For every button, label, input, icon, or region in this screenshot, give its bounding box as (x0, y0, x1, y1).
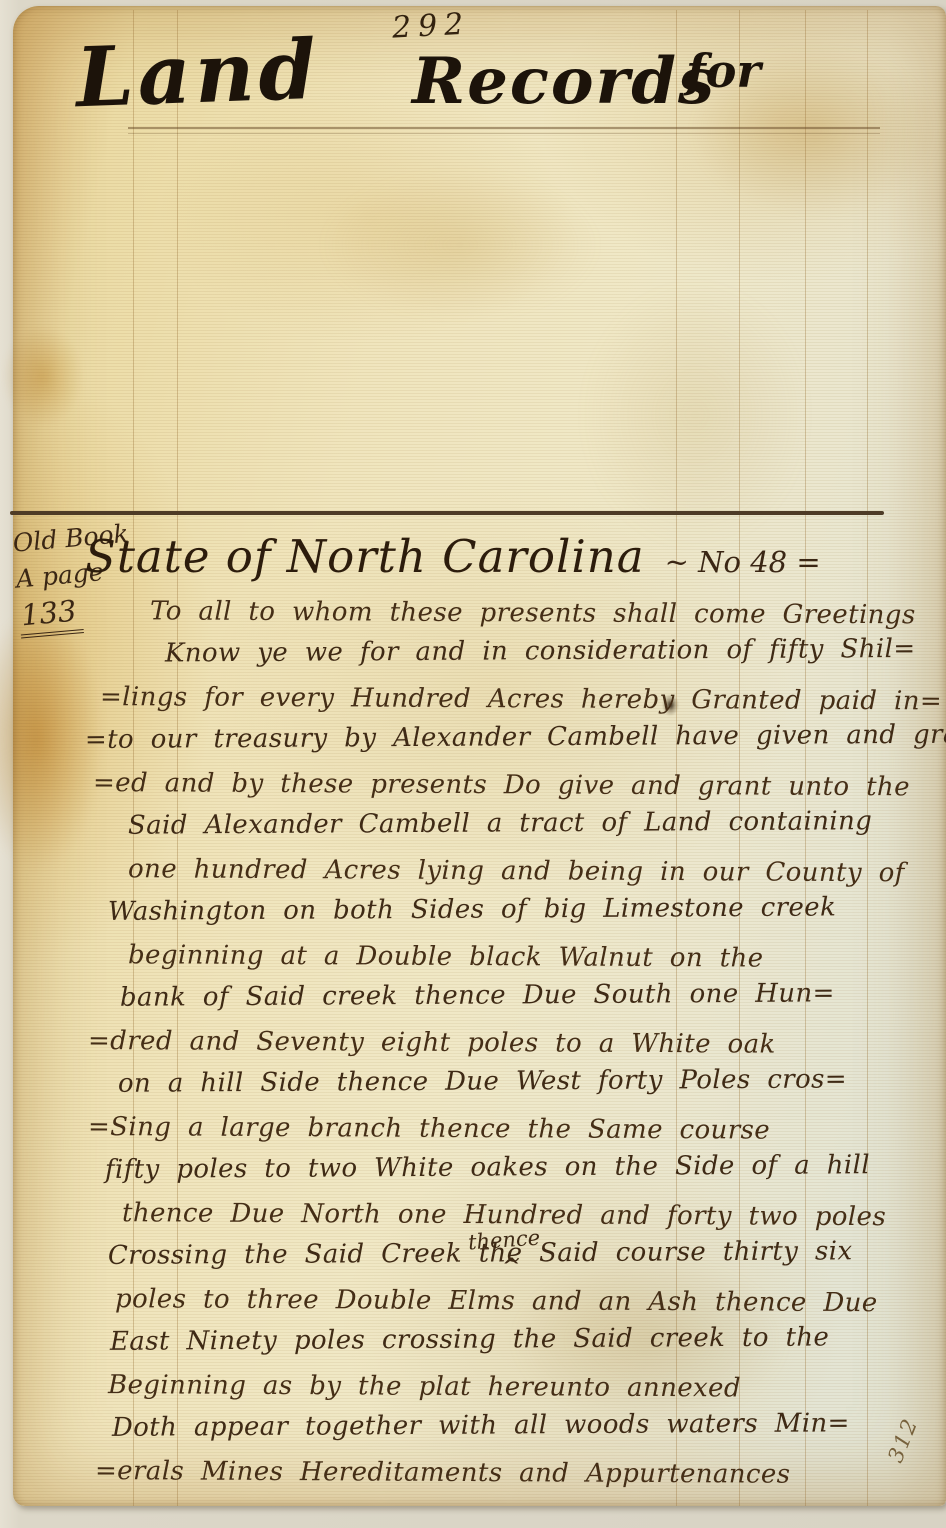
deed-line: bank of Said creek thence Due South one … (85, 978, 933, 1026)
insertion-caret-mark: ^ (502, 1254, 520, 1280)
deed-line: Said Alexander Cambell a tract of Land c… (85, 806, 933, 854)
header-rule-line (128, 127, 880, 134)
deed-heading: State of North Carolina~ No 48 = (85, 530, 933, 596)
deed-line: fifty poles to two White oakes on the Si… (85, 1150, 933, 1198)
header-word-for: for (686, 44, 761, 98)
deed-grant-number: ~ No 48 = (665, 545, 821, 579)
deed-line: Washington on both Sides of big Limeston… (85, 892, 933, 940)
interlinear-insertion-word: thence (467, 1226, 541, 1255)
deed-line: East Ninety poles crossing the Said cree… (85, 1322, 933, 1370)
page-number: 292 (391, 5, 493, 45)
header-word-land: Land (74, 22, 321, 126)
scanned-ledger-page: 292 Land Records for Old Book A page 133… (0, 0, 946, 1528)
deed-line: on a hill Side thence Due West forty Pol… (85, 1064, 933, 1112)
deed-line: =to our treasury by Alexander Cambell ha… (85, 720, 933, 768)
deed-line: Doth appear together with all woods wate… (85, 1408, 933, 1456)
deed-body: State of North Carolina~ No 48 = To all … (85, 530, 933, 1499)
section-divider-rule (10, 511, 884, 515)
header-word-records: Records (412, 44, 716, 119)
deed-line: =erals Mines Hereditaments and Appurtena… (85, 1456, 933, 1503)
deed-line: Know ye we for and in consideration of f… (85, 634, 933, 682)
deed-heading-state: State of North Carolina (85, 530, 645, 583)
